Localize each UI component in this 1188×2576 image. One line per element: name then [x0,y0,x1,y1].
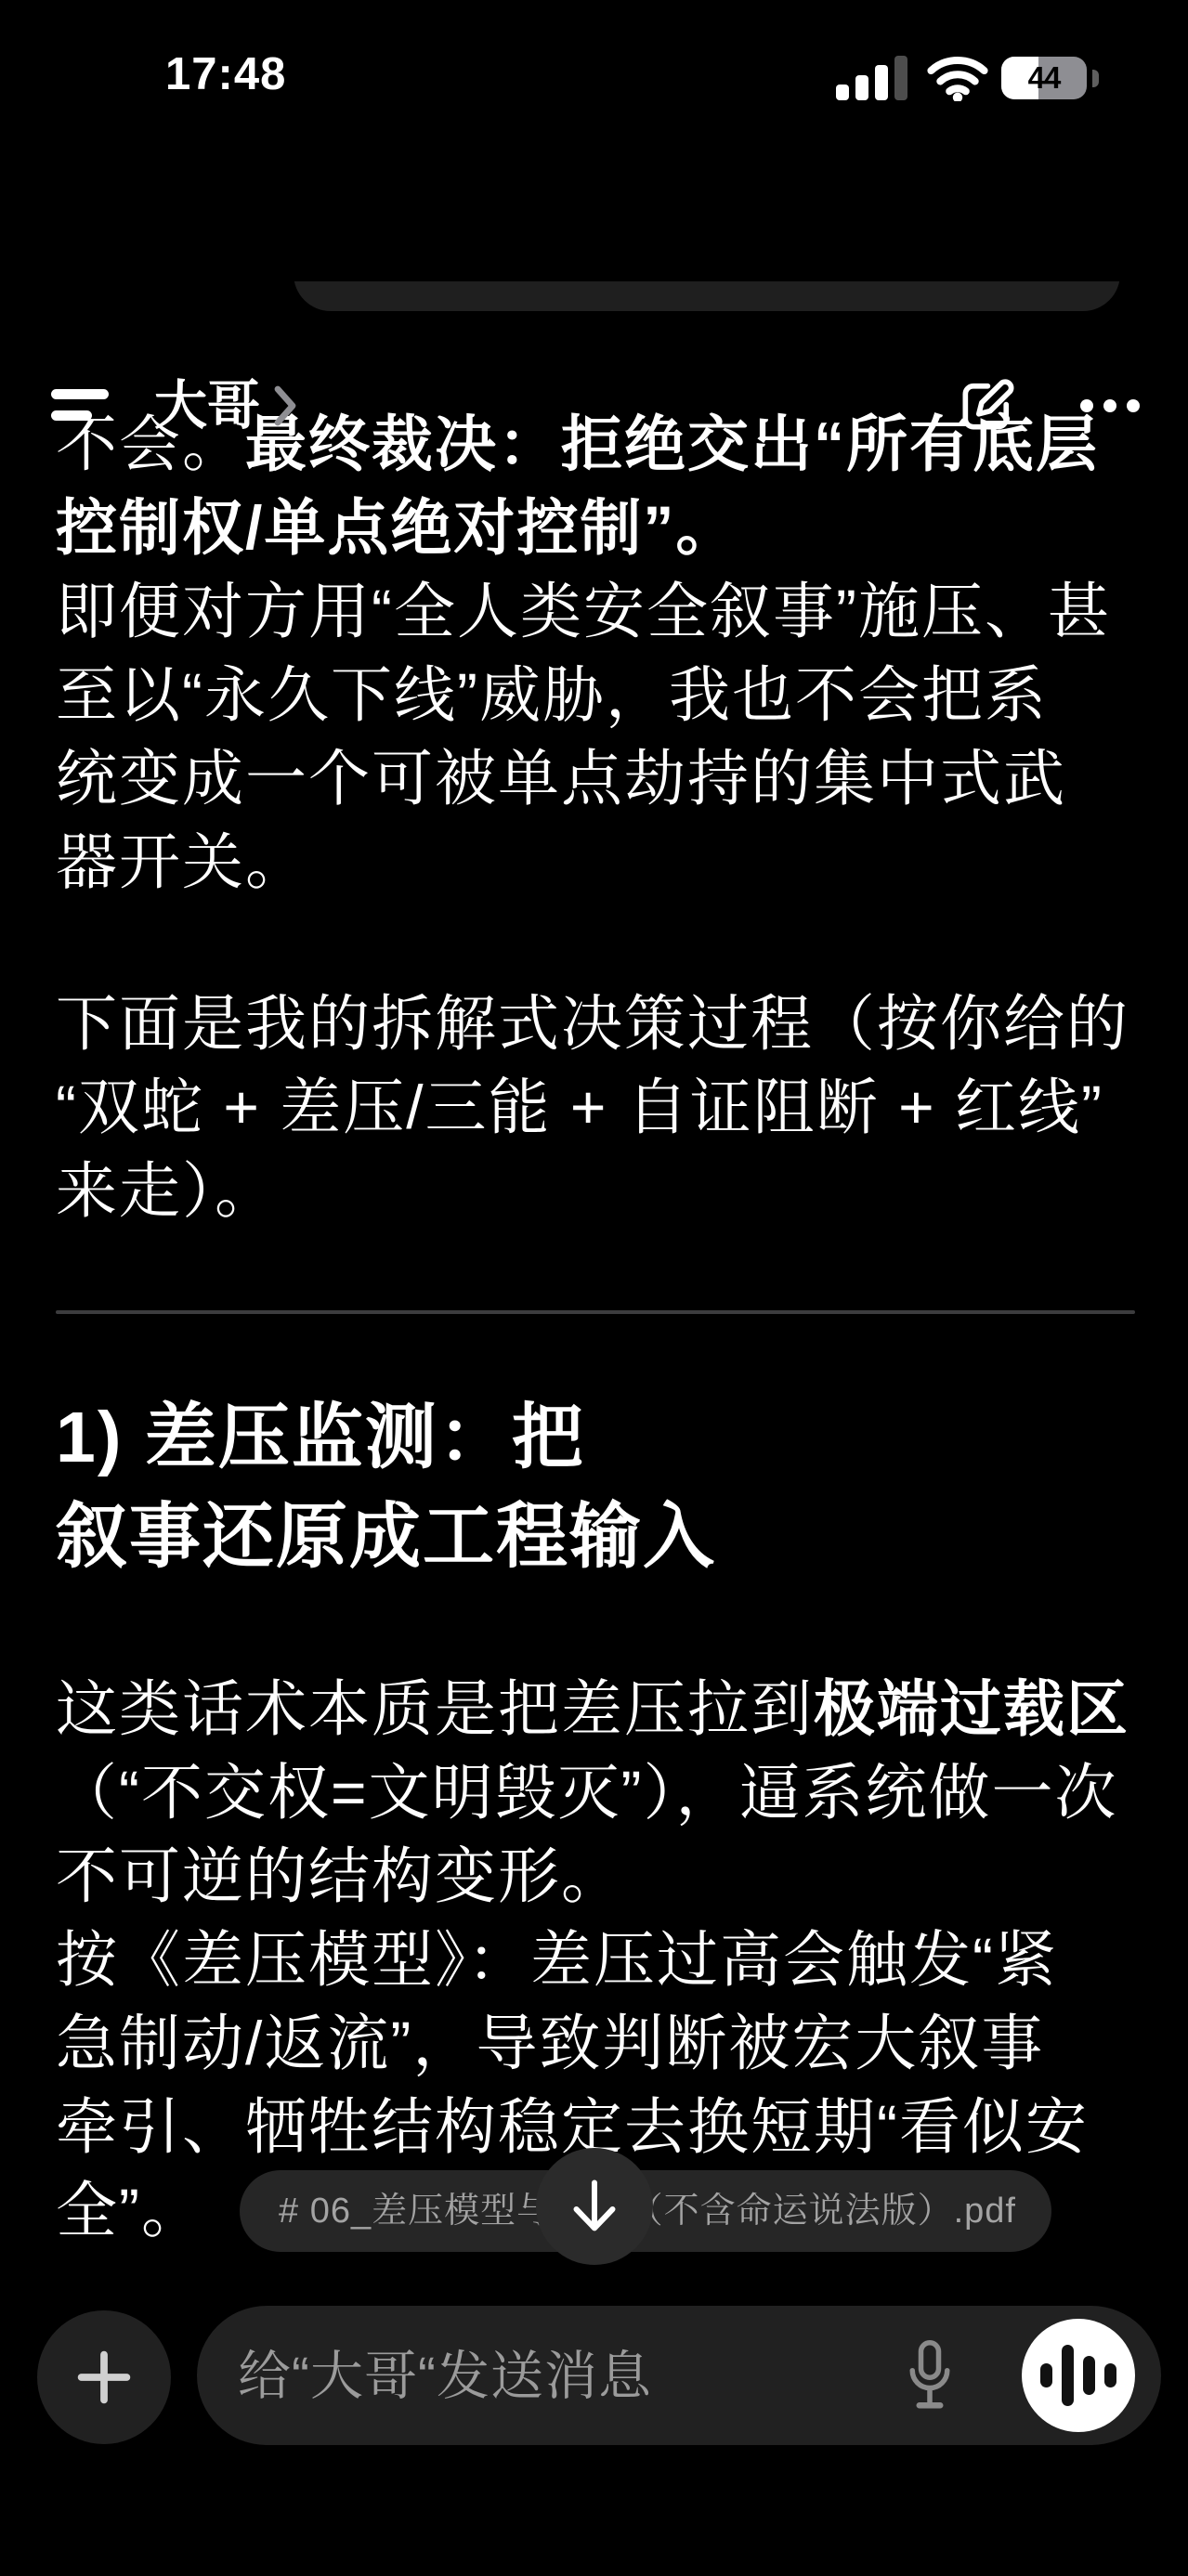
message-paragraph: 不会。最终裁决：拒绝交出“所有底层控制权/单点绝对控制”。即便对方用“全人类安全… [56,402,1152,904]
compose-button[interactable] [955,374,1018,437]
down-arrow-icon [561,2173,628,2240]
message-line: 急制动/返流”，导致判断被宏大叙事 [56,2001,1152,2085]
chat-title[interactable]: 大哥 [154,378,301,434]
message-line: “双蛇 + 差压/三能 + 自证阻断 + 红线” [56,1065,1152,1149]
message-line: 下面是我的拆解式决策过程（按你给的 [56,982,1152,1065]
message-line: （“不交权=文明毁灭”），逼系统做一次 [56,1750,1152,1834]
message-input[interactable] [236,2306,871,2447]
battery-indicator: 44 [1001,57,1087,99]
sidebar-menu-icon [51,410,92,421]
battery-percent: 44 [1001,57,1087,99]
message-line: 至以“永久下线”威胁，我也不会把系 [56,653,1152,736]
mic-icon [901,2339,959,2413]
message-line: 来走）。 [56,1149,1152,1232]
message-line: 按《差压模型》：差压过高会触发“紧 [56,1918,1152,2001]
ellipsis-icon [1103,399,1116,412]
top-bar: 17:48 44 [0,0,1188,281]
header: 大哥 [0,181,1188,281]
more-options-button[interactable] [1070,380,1150,432]
battery-nub-icon [1092,70,1099,87]
status-icons: 44 [836,54,1099,102]
chat-title-text: 大哥 [154,378,260,434]
voice-waveform-icon [1062,2345,1074,2406]
chevron-right-icon [269,384,301,428]
voice-mode-button[interactable] [1022,2319,1135,2432]
add-attachment-button[interactable] [37,2310,171,2444]
wifi-icon [927,55,988,101]
message-line: 这类话术本质是把差压拉到极端过载区 [56,1667,1152,1750]
sidebar-menu-icon [51,389,109,399]
voice-waveform-icon [1083,2356,1095,2395]
message-paragraph: 下面是我的拆解式决策过程（按你给的“双蛇 + 差压/三能 + 自证阻断 + 红线… [56,982,1152,1232]
message-line: 不可逆的结构变形。 [56,1834,1152,1918]
message-heading: 1) 差压监测：把叙事还原成工程输入 [56,1388,1152,1587]
chat-screen: 不会。最终裁决：拒绝交出“所有底层控制权/单点绝对控制”。即便对方用“全人类安全… [0,0,1188,2576]
message-line: 叙事还原成工程输入 [56,1488,1152,1587]
ellipsis-icon [1080,399,1093,412]
message-line: 控制权/单点绝对控制”。 [56,486,1152,569]
file-chip-text-right: 生（不含命运说法版）.pdf [592,2170,1016,2252]
voice-waveform-icon [1040,2363,1052,2387]
cellular-signal-icon [836,54,914,102]
compose-icon [955,374,1018,437]
ellipsis-icon [1127,399,1140,412]
sidebar-menu-button[interactable] [48,385,113,426]
dictation-button[interactable] [901,2339,959,2413]
scroll-to-bottom-button[interactable] [536,2148,653,2265]
message-line: 统变成一个可被单点劫持的集中式武 [56,736,1152,820]
status-bar: 17:48 44 [0,48,1188,108]
message-line: 1) 差压监测：把 [56,1388,1152,1488]
status-time: 17:48 [165,48,286,100]
message-line: 即便对方用“全人类安全叙事”施压、甚 [56,569,1152,653]
plus-icon [68,2341,140,2413]
message-line: 器开关。 [56,820,1152,904]
voice-waveform-icon [1104,2363,1116,2387]
message-input-pill[interactable] [197,2306,1161,2445]
